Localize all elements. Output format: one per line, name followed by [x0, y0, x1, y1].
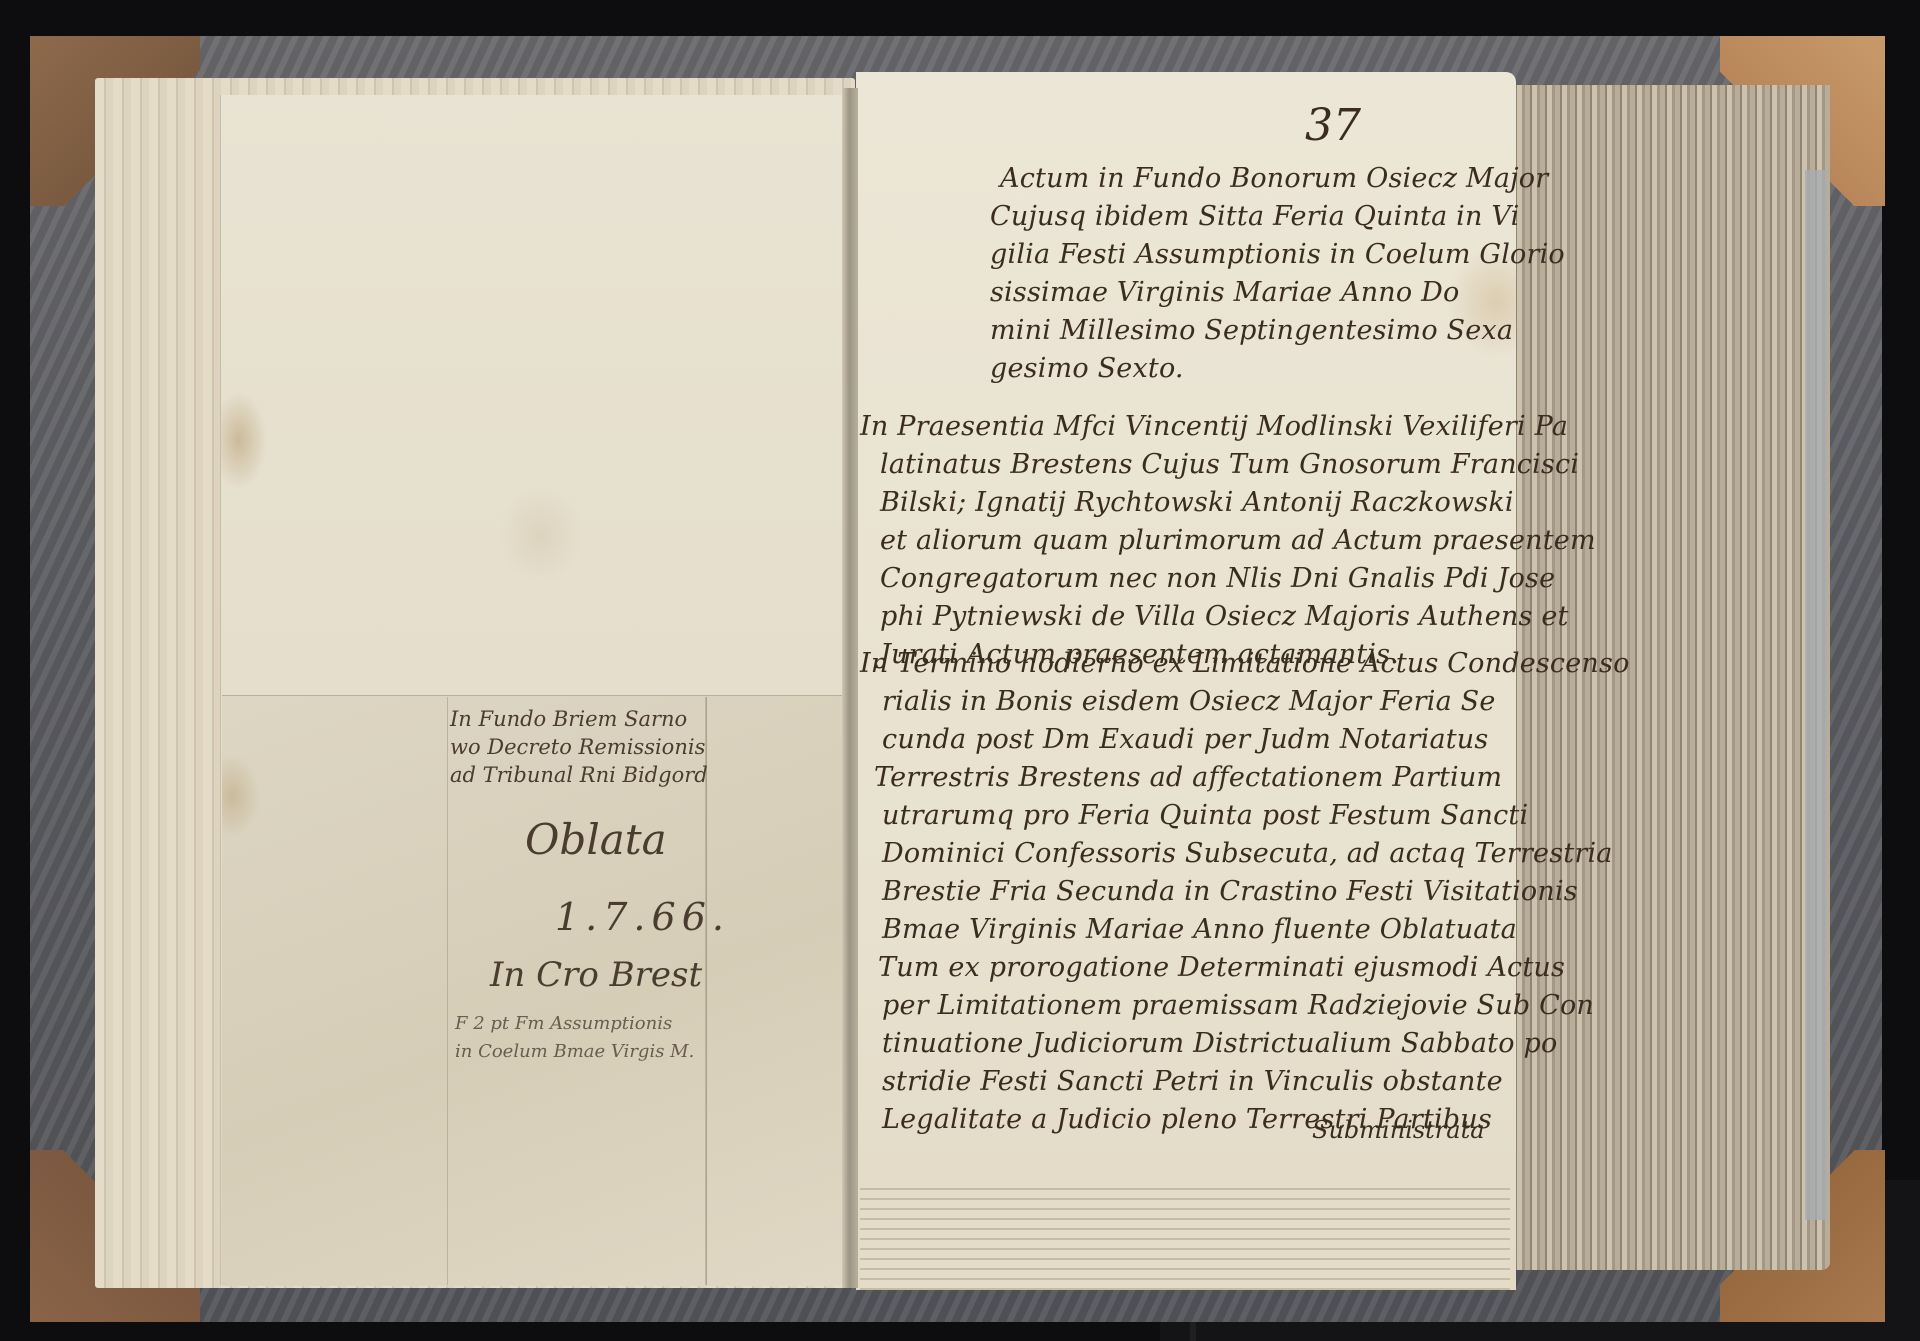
endorsement-heading: In Fundo Briem Sarno wo Decreto Remissio… [450, 705, 708, 789]
right-page-bottom-edges [860, 1180, 1510, 1290]
text-line: mini Millesimo Septingentesimo Sexa [990, 312, 1565, 350]
text-line: sissimae Virginis Mariae Anno Do [990, 274, 1565, 312]
entry-heading: Actum in Fundo Bonorum Osiecz Major Cuju… [1000, 160, 1565, 388]
text-line: Bmae Virginis Mariae Anno fluente Oblatu… [882, 911, 1630, 949]
text-line: In Termino hodierno ex Limitatione Actus… [860, 645, 1630, 683]
text-line: stridie Festi Sancti Petri in Vinculis o… [882, 1063, 1630, 1101]
text-line: Cujusq ibidem Sitta Feria Quinta in Vi [990, 198, 1565, 236]
closing-word: Subministrata [1312, 1116, 1485, 1144]
text-line: phi Pytniewski de Villa Osiecz Majoris A… [880, 598, 1596, 636]
text-line: latinatus Brestens Cujus Tum Gnosorum Fr… [880, 446, 1596, 484]
endorsement-date: F 2 pt Fm Assumptionis in Coelum Bmae Vi… [455, 1010, 694, 1066]
text-line: per Limitationem praemissam Radziejovie … [882, 987, 1630, 1025]
page-number: 37 [1305, 100, 1361, 151]
text-line: utrarumq pro Feria Quinta post Festum Sa… [882, 797, 1630, 835]
text-line: Brestie Fria Secunda in Crastino Festi V… [882, 873, 1630, 911]
oblata-mark: Oblata [525, 815, 667, 864]
text-line: rialis in Bonis eisdem Osiecz Major Feri… [882, 683, 1630, 721]
text-line: Dominici Confessoris Subsecuta, ad actaq… [882, 835, 1630, 873]
text-line: Tum ex prorogatione Determinati ejusmodi… [878, 949, 1630, 987]
text-line: et aliorum quam plurimorum ad Actum prae… [880, 522, 1596, 560]
endorsement-year: 1.7.66. [555, 895, 730, 939]
text-line: Legalitate a Judicio pleno Terrestri Par… [882, 1101, 1630, 1139]
court-mark: In Cro Brest [490, 955, 702, 995]
text-line: wo Decreto Remissionis [450, 733, 708, 761]
text-line: Bilski; Ignatij Rychtowski Antonij Raczk… [880, 484, 1596, 522]
presence-paragraph: In Praesentia Mfci Vincentij Modlinski V… [860, 408, 1596, 674]
text-line: cunda post Dm Exaudi per Judm Notariatus [882, 721, 1630, 759]
text-line: In Fundo Briem Sarno [450, 705, 708, 733]
text-line: Terrestris Brestens ad affectationem Par… [874, 759, 1630, 797]
text-line: Actum in Fundo Bonorum Osiecz Major [1000, 160, 1565, 198]
text-line: gesimo Sexto. [990, 350, 1565, 388]
text-line: in Coelum Bmae Virgis M. [455, 1038, 694, 1066]
text-line: tinuatione Judiciorum Districtualium Sab… [882, 1025, 1630, 1063]
text-line: In Praesentia Mfci Vincentij Modlinski V… [860, 408, 1596, 446]
text-line: gilia Festi Assumptionis in Coelum Glori… [990, 236, 1565, 274]
text-line: F 2 pt Fm Assumptionis [455, 1010, 694, 1038]
book-gutter [842, 88, 858, 1288]
term-paragraph: In Termino hodierno ex Limitatione Actus… [860, 645, 1630, 1139]
text-line: ad Tribunal Rni Bidgord [450, 761, 708, 789]
fore-edge-lining [1805, 170, 1827, 1220]
text-line: Congregatorum nec non Nlis Dni Gnalis Pd… [880, 560, 1596, 598]
